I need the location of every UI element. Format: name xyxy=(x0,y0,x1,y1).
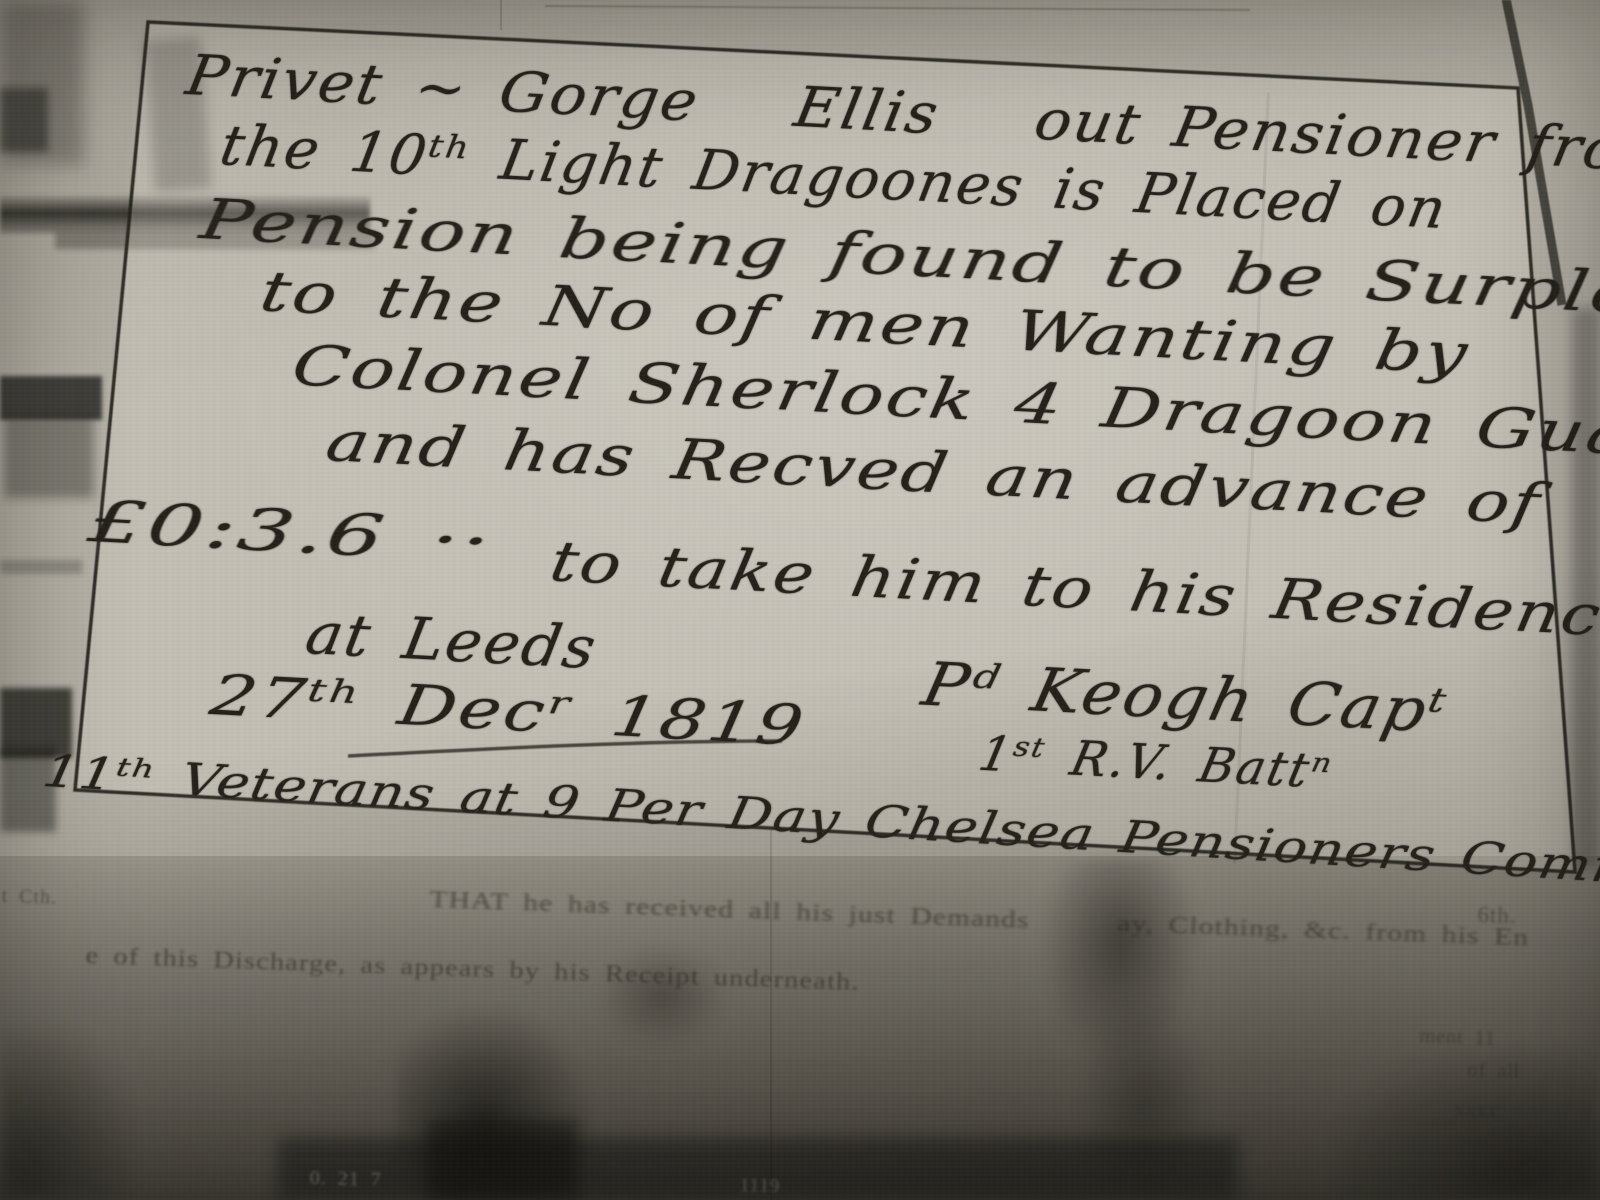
paper-crease-top xyxy=(500,0,502,30)
photo-of-document: Privet ~ Gorge Ellis out Pensioner from … xyxy=(0,0,1600,1200)
smudge-center-right-lower xyxy=(1078,1000,1208,1200)
shadow-bottom-left-corner xyxy=(0,1028,132,1200)
stain-left-band-3 xyxy=(0,376,102,420)
printed-fragment-left: t Cth. xyxy=(1,886,57,908)
paper-crease-lower xyxy=(770,828,772,1200)
ink-smudge-bottom-left xyxy=(396,1006,591,1200)
stain-left-faint xyxy=(0,560,82,574)
note-footer-line: 11ᵗʰ Veterans at 9 Per Day Chelsea Pensi… xyxy=(40,748,1600,903)
printed-fragment-right-3: of all xyxy=(1467,1060,1520,1082)
printed-form-line-2: e of this Discharge, as appears by his R… xyxy=(85,944,860,995)
note-place: at Leeds xyxy=(302,604,602,677)
faint-top-edge-line xyxy=(545,6,1250,10)
stain-left-blotch xyxy=(4,416,94,498)
printed-fragment-bottom-1: 0. 21 7 xyxy=(309,1168,381,1190)
note-amount: £0:3.6 ·· xyxy=(85,492,498,571)
printed-fragment-right-1: 6th. xyxy=(1477,903,1517,927)
ink-smudge-bottom-left-2 xyxy=(428,1120,578,1200)
stain-top-left-dark xyxy=(0,88,48,152)
printed-fragment-right-2: ment 11 xyxy=(1419,1026,1496,1049)
smudge-center-right xyxy=(1040,858,1200,1068)
signature-unit: 1ˢᵗ R.V. Battⁿ xyxy=(975,730,1337,796)
printed-fragment-bottom-2: 1119 xyxy=(740,1176,781,1196)
stain-top-left-corner xyxy=(0,0,84,165)
blob-bottom-center xyxy=(596,944,728,1048)
printed-fragment-right-4: xxxx. xyxy=(1454,1100,1505,1122)
note-line-7: to take him to his Residence xyxy=(546,534,1600,647)
note-date: 27ᵗʰ Decʳ 1819 xyxy=(206,668,809,755)
printed-form-line-1: THAT he has received all his just Demand… xyxy=(429,888,1529,950)
